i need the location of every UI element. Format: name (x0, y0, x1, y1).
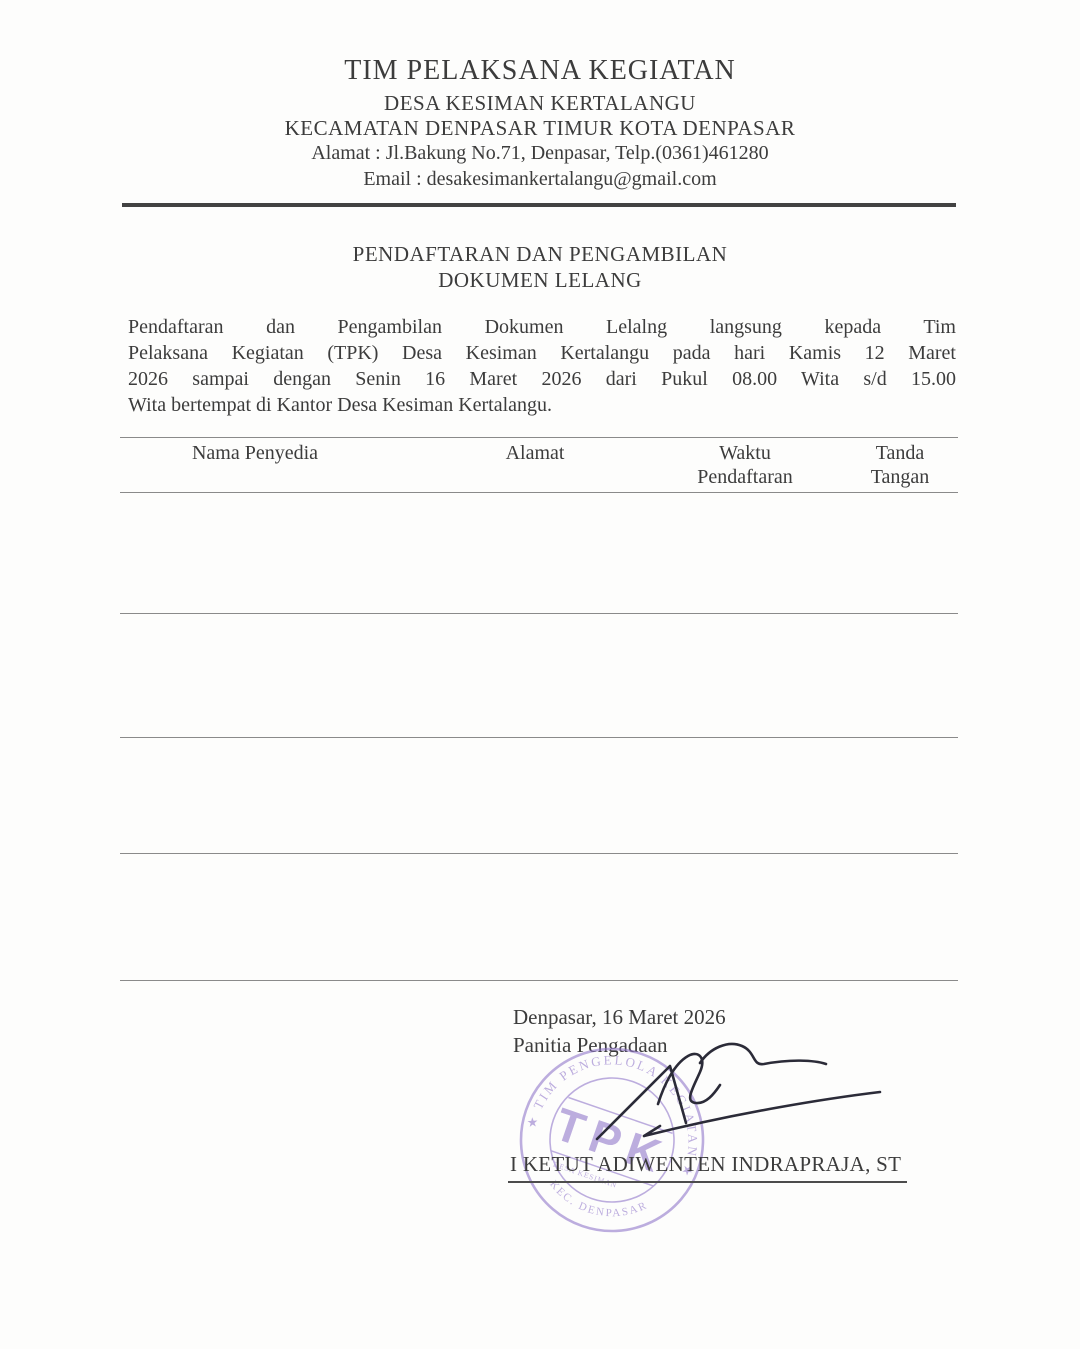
column-header-alamat: Alamat (425, 441, 645, 465)
letterhead-divider (122, 203, 956, 207)
paragraph-line: Pelaksana Kegiatan (TPK) Desa Kesiman Ke… (128, 340, 956, 366)
column-header-waktu-pendaftaran: Waktu Pendaftaran (672, 441, 818, 489)
table-header-top-line (120, 437, 958, 438)
table-row (120, 980, 958, 981)
signature-stroke (658, 1054, 720, 1104)
paragraph-line: Pendaftaran dan Pengambilan Dokumen Lela… (128, 314, 956, 340)
signature-scribble (560, 1028, 920, 1153)
doc-title-line2: DOKUMEN LELANG (0, 268, 1080, 293)
signature-stroke (700, 1044, 826, 1064)
table-row (120, 853, 958, 854)
org-name: TIM PELAKSANA KEGIATAN (0, 55, 1080, 87)
body-paragraph: Pendaftaran dan Pengambilan Dokumen Lela… (128, 314, 956, 418)
org-village: DESA KESIMAN KERTALANGU (0, 91, 1080, 116)
column-header-nama-penyedia: Nama Penyedia (130, 441, 380, 465)
document-page: TIM PELAKSANA KEGIATAN DESA KESIMAN KERT… (0, 0, 1080, 1349)
table-row (120, 613, 958, 614)
paragraph-line: Wita bertempat di Kantor Desa Kesiman Ke… (128, 392, 956, 418)
org-district: KECAMATAN DENPASAR TIMUR KOTA DENPASAR (0, 116, 1080, 141)
signature-place-date: Denpasar, 16 Maret 2026 (513, 1005, 726, 1030)
table-row (120, 737, 958, 738)
paragraph-line: 2026 sampai dengan Senin 16 Maret 2026 d… (128, 366, 956, 392)
signer-name: I KETUT ADIWENTEN INDRAPRAJA, ST (508, 1152, 907, 1183)
org-address: Alamat : Jl.Bakung No.71, Denpasar, Telp… (0, 142, 1080, 165)
column-header-tanda-tangan: Tanda Tangan (848, 441, 952, 489)
doc-title-line1: PENDAFTARAN DAN PENGAMBILAN (0, 242, 1080, 267)
org-email: Email : desakesimankertalangu@gmail.com (0, 168, 1080, 191)
table-header-bottom-line (120, 492, 958, 493)
